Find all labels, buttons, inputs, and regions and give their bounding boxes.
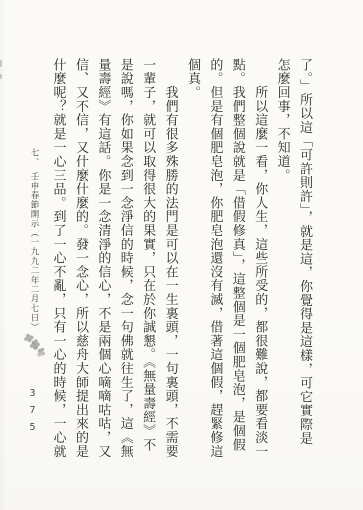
- text-column: 什麼呢？就是一心三品。到了一心不亂，只有一心的時候，一心就: [46, 58, 68, 460]
- scan-speck: [0, 74, 2, 79]
- page-number: 375: [27, 388, 38, 439]
- text-column: 的。但是有個肥皂泡，你肥皂泡還沒有滅，借著這個假，趕緊修這: [203, 58, 225, 460]
- plum-blossom-stamp-icon: [20, 330, 48, 366]
- text-column: 點。我們整個說就是「借假修真」，這整個是一個肥皂泡，是個假: [225, 58, 247, 460]
- scan-speck: [0, 60, 2, 67]
- text-column: 怎麼回事，不知道。: [270, 58, 292, 460]
- text-column: 信、又不信，又什麼什麼的。發一念心，所以慈舟大師提出來的是: [69, 58, 91, 460]
- text-column: 了。」所以這「可許則許」，就是這，你覺得是這樣，可它實際是: [293, 58, 315, 460]
- text-column: 一輩子，就可以取得很大的果實，只在於你誠懇。《無量壽經》不: [136, 58, 158, 460]
- text-column: 是說嗎，你如果念到一念淨信的時候，念一句佛就往生了，這《無: [113, 58, 135, 460]
- body-text-block: 了。」所以這「可許則許」，就是這，你覺得是這樣，可它實際是 怎麼回事，不知道。 …: [46, 58, 315, 460]
- chapter-marker: 七、 壬申春節開示（一九九二年二月七日）: [28, 148, 40, 338]
- book-page: 了。」所以這「可許則許」，就是這，你覺得是這樣，可它實際是 怎麼回事，不知道。 …: [0, 0, 363, 510]
- text-column: 個真。: [181, 58, 203, 460]
- text-column: 我們有很多殊勝的法門是可以在一生裏頭，一句裏頭，不需要: [158, 58, 180, 460]
- text-column: 所以這麼一看，你人生，這些所受的，都很難說，都要看淡一: [248, 58, 270, 460]
- text-column: 量壽經》有這話。你是一念清淨的信心，不是兩個心嘀嘀咕咕，又: [91, 58, 113, 460]
